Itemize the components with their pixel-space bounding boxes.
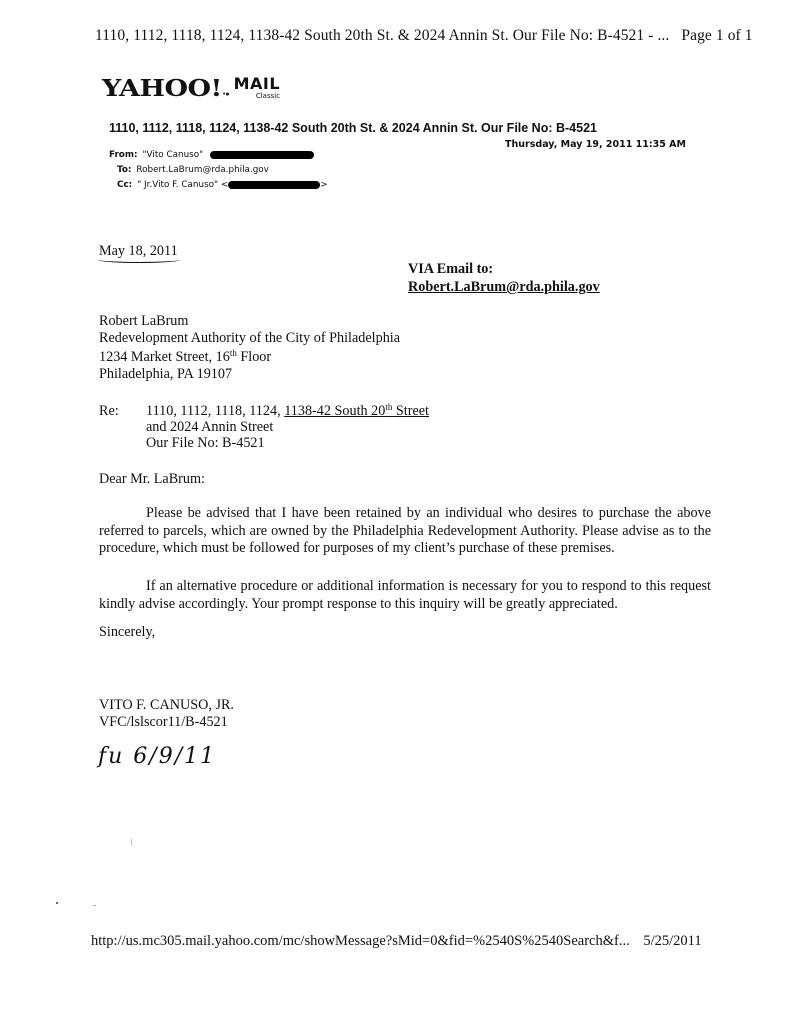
footer-url: http://us.mc305.mail.yahoo.com/mc/showMe… [91,933,630,949]
recipient-organization: Redevelopment Authority of the City of P… [99,330,400,347]
from-label: From: [109,150,138,160]
email-cc-row: Cc:" Jr.Vito F. Canuso" <> [117,180,328,190]
print-header-page: Page 1 of 1 [681,27,752,44]
redacted-block [210,151,314,159]
re-line-3: Our File No: B-4521 [146,435,265,452]
print-header-title: 1110, 1112, 1118, 1124, 1138-42 South 20… [95,27,669,44]
body-paragraph-2: If an alternative procedure or additiona… [99,578,711,613]
logo-mark-icon: •● [223,91,230,98]
salutation: Dear Mr. LaBrum: [99,471,205,488]
yahoo-mail-logo: YAHOO! •● MAIL Classic [102,73,280,100]
re-label: Re: [99,403,119,420]
re-line-1: 1110, 1112, 1118, 1124, 1138-42 South 20… [146,403,429,420]
logo-brand: YAHOO! [102,77,222,100]
re-line-2: and 2024 Annin Street [146,419,273,436]
redacted-block [228,181,320,189]
scan-speck [56,902,58,904]
closing: Sincerely, [99,624,155,641]
reference-code: VFC/lslscor11/B-4521 [99,714,228,731]
recipient-name: Robert LaBrum [99,313,188,330]
to-label: To: [117,165,131,175]
recipient-city: Philadelphia, PA 19107 [99,366,232,383]
via-email: Robert.LaBrum@rda.phila.gov [408,279,600,296]
logo-product-name: MAIL [234,76,280,92]
body-paragraph-1: Please be advised that I have been retai… [99,505,711,558]
scan-speck [93,905,96,906]
email-subject: 1110, 1112, 1118, 1124, 1138-42 South 20… [109,121,597,135]
re-underlined-address: 1138-42 South 20th Street [284,403,429,419]
handwritten-note: fu 6/9/11 [98,744,216,769]
cc-label: Cc: [117,180,132,190]
via-label: VIA Email to: [408,261,493,278]
handwritten-underline [97,256,181,263]
logo-product: MAIL Classic [234,76,280,100]
to-value: Robert.LaBrum@rda.phila.gov [136,165,268,175]
email-from-row: From:"Vito Canuso" [109,150,314,160]
signer-name: VITO F. CANUSO, JR. [99,697,234,714]
email-date: Thursday, May 19, 2011 11:35 AM [505,139,686,150]
cc-value: " Jr.Vito F. Canuso" < [137,180,228,190]
print-header: 1110, 1112, 1118, 1124, 1138-42 South 20… [95,27,753,45]
email-to-row: To:Robert.LaBrum@rda.phila.gov [117,165,269,175]
footer-print-date: 5/25/2011 [643,933,701,949]
logo-edition: Classic [256,93,280,100]
print-footer: http://us.mc305.mail.yahoo.com/mc/showMe… [91,933,702,950]
from-value: "Vito Canuso" [143,150,204,160]
recipient-street: 1234 Market Street, 16th Floor [99,349,271,366]
scan-speck [131,838,132,846]
